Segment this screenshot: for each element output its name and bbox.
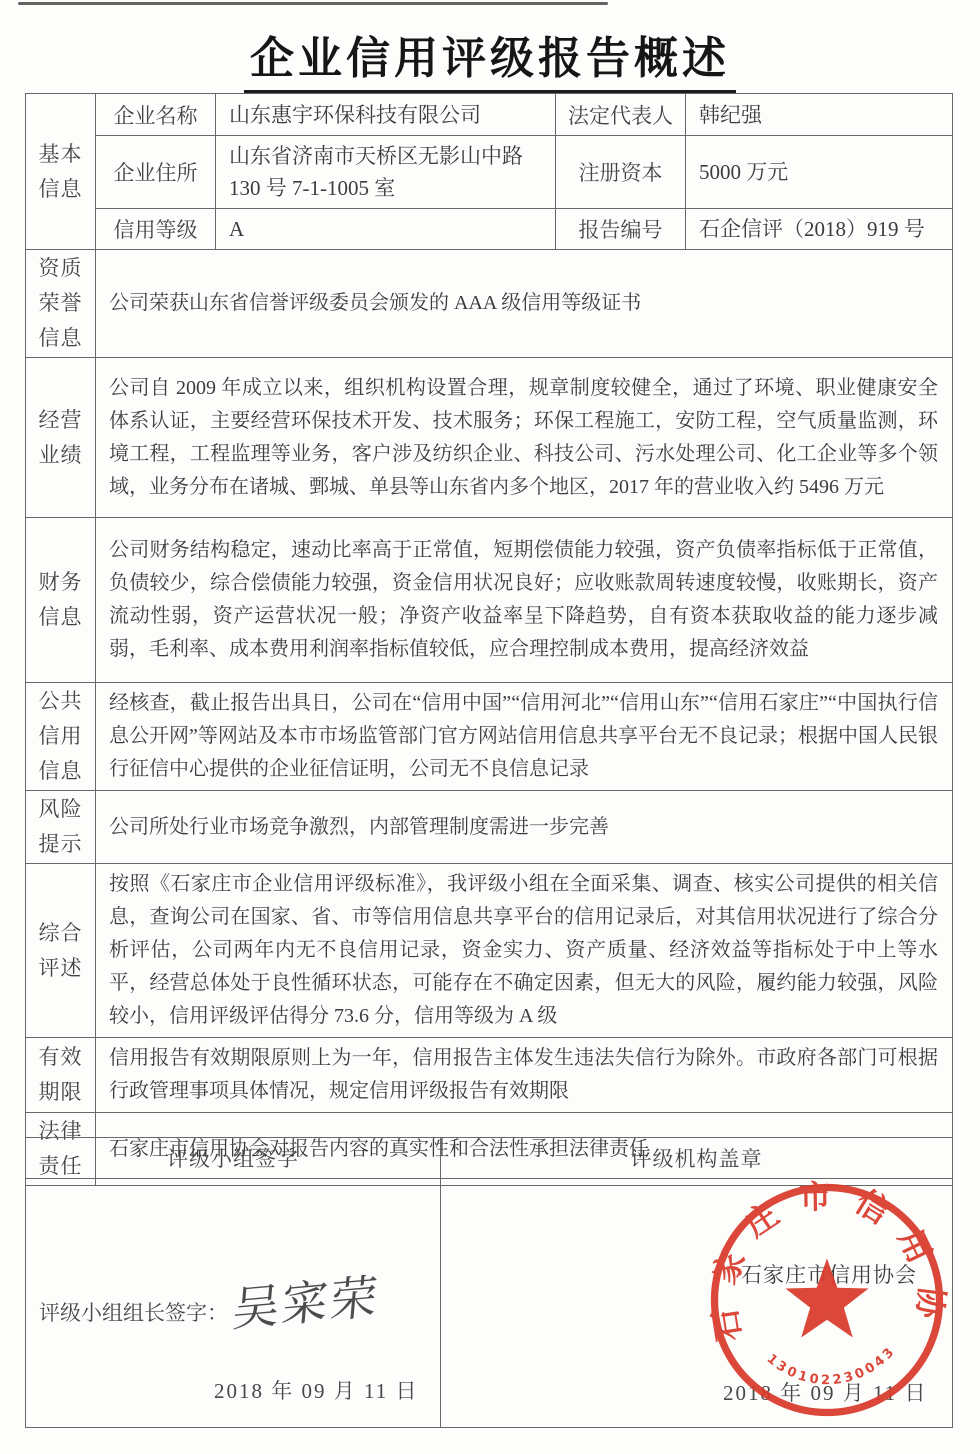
section-text-public-credit-info: 经核查，截止报告出具日，公司在“信用中国”“信用河北”“信用山东”“信用石家庄”… [96, 683, 953, 791]
field-value-company-address: 山东省济南市天桥区无影山中路 130 号 7-1-1005 室 [216, 136, 556, 209]
table-row: 经营 业绩 公司自 2009 年成立以来，组织机构设置合理，规章制度较健全，通过… [26, 358, 953, 518]
field-label-company-address: 企业住所 [96, 136, 216, 209]
team-leader-signature-label: 评级小组组长签字： [39, 1301, 228, 1325]
table-row: 信用等级 A 报告编号 石企信评（2018）919 号 [26, 209, 953, 250]
agency-seal-cell: 石家庄市信用协会 2018 年 09 月 11 日 石家庄市信用协会 13010… [441, 1179, 953, 1428]
section-label-qualification-honor: 资质 荣誉 信息 [26, 250, 96, 358]
field-value-legal-representative: 韩纪强 [686, 94, 953, 136]
section-label-public-credit-info: 公共 信用 信息 [26, 683, 96, 791]
header-rating-agency-seal: 评级机构盖章 [441, 1138, 953, 1179]
field-label-company-name: 企业名称 [96, 94, 216, 136]
field-label-credit-grade: 信用等级 [96, 209, 216, 250]
table-row: 有效 期限 信用报告有效期限原则上为一年，信用报告主体发生违法失信行为除外。市政… [26, 1038, 953, 1113]
team-leader-signature-line: 评级小组组长签字：吴寀荣 [39, 1267, 375, 1334]
section-text-risk-warning: 公司所处行业市场竞争激烈，内部管理制度需进一步完善 [96, 791, 953, 864]
report-table: 基本 信息 企业名称 山东惠宇环保科技有限公司 法定代表人 韩纪强 企业住所 山… [25, 93, 953, 1186]
field-value-report-number: 石企信评（2018）919 号 [686, 209, 953, 250]
field-label-legal-representative: 法定代表人 [556, 94, 686, 136]
field-label-registered-capital: 注册资本 [556, 136, 686, 209]
red-seal-graphic: 石家庄市信用协会 1301022300430 [702, 1175, 952, 1425]
section-label-risk-warning: 风险 提示 [26, 791, 96, 864]
signature-table: 评级小组签字 评级机构盖章 评级小组组长签字：吴寀荣 2018 年 09 月 1… [25, 1137, 953, 1428]
page-title: 企业信用评级报告概述 [0, 22, 980, 93]
section-text-financial-info: 公司财务结构稳定，速动比率高于正常值，短期偿债能力较强，资产负债率指标低于正常值… [96, 518, 953, 683]
team-signature-date: 2018 年 09 月 11 日 [214, 1375, 418, 1405]
table-row: 评级小组组长签字：吴寀荣 2018 年 09 月 11 日 石家庄市信用协会 2… [26, 1179, 953, 1428]
field-label-report-number: 报告编号 [556, 209, 686, 250]
section-label-business-performance: 经营 业绩 [26, 358, 96, 518]
section-text-validity-period: 信用报告有效期限原则上为一年，信用报告主体发生违法失信行为除外。市政府各部门可根… [96, 1038, 953, 1113]
official-red-seal: 石家庄市信用协会 1301022300430 [702, 1175, 952, 1425]
scan-artifact-line [18, 2, 608, 5]
field-value-credit-grade: A [216, 209, 556, 250]
table-row: 评级小组签字 评级机构盖章 [26, 1138, 953, 1179]
section-label-comprehensive-review: 综合 评述 [26, 864, 96, 1038]
team-signature-cell: 评级小组组长签字：吴寀荣 2018 年 09 月 11 日 [26, 1179, 441, 1428]
table-row: 企业住所 山东省济南市天桥区无影山中路 130 号 7-1-1005 室 注册资… [26, 136, 953, 209]
handwritten-signature: 吴寀荣 [230, 1259, 382, 1340]
page-title-text: 企业信用评级报告概述 [244, 22, 736, 93]
section-label-validity-period: 有效 期限 [26, 1038, 96, 1113]
section-label-basic-info: 基本 信息 [26, 94, 96, 250]
table-row: 公共 信用 信息 经核查，截止报告出具日，公司在“信用中国”“信用河北”“信用山… [26, 683, 953, 791]
table-row: 综合 评述 按照《石家庄市企业信用评级标准》，我评级小组在全面采集、调查、核实公… [26, 864, 953, 1038]
section-text-comprehensive-review: 按照《石家庄市企业信用评级标准》，我评级小组在全面采集、调查、核实公司提供的相关… [96, 864, 953, 1038]
section-text-business-performance: 公司自 2009 年成立以来，组织机构设置合理，规章制度较健全，通过了环境、职业… [96, 358, 953, 518]
header-rating-team-signature: 评级小组签字 [26, 1138, 441, 1179]
seal-star-icon [785, 1258, 868, 1337]
field-value-company-name: 山东惠宇环保科技有限公司 [216, 94, 556, 136]
table-row: 基本 信息 企业名称 山东惠宇环保科技有限公司 法定代表人 韩纪强 [26, 94, 953, 136]
table-row: 财务 信息 公司财务结构稳定，速动比率高于正常值，短期偿债能力较强，资产负债率指… [26, 518, 953, 683]
section-text-qualification-honor: 公司荣获山东省信誉评级委员会颁发的 AAA 级信用等级证书 [96, 250, 953, 358]
table-row: 风险 提示 公司所处行业市场竞争激烈，内部管理制度需进一步完善 [26, 791, 953, 864]
section-label-financial-info: 财务 信息 [26, 518, 96, 683]
field-value-registered-capital: 5000 万元 [686, 136, 953, 209]
table-row: 资质 荣誉 信息 公司荣获山东省信誉评级委员会颁发的 AAA 级信用等级证书 [26, 250, 953, 358]
